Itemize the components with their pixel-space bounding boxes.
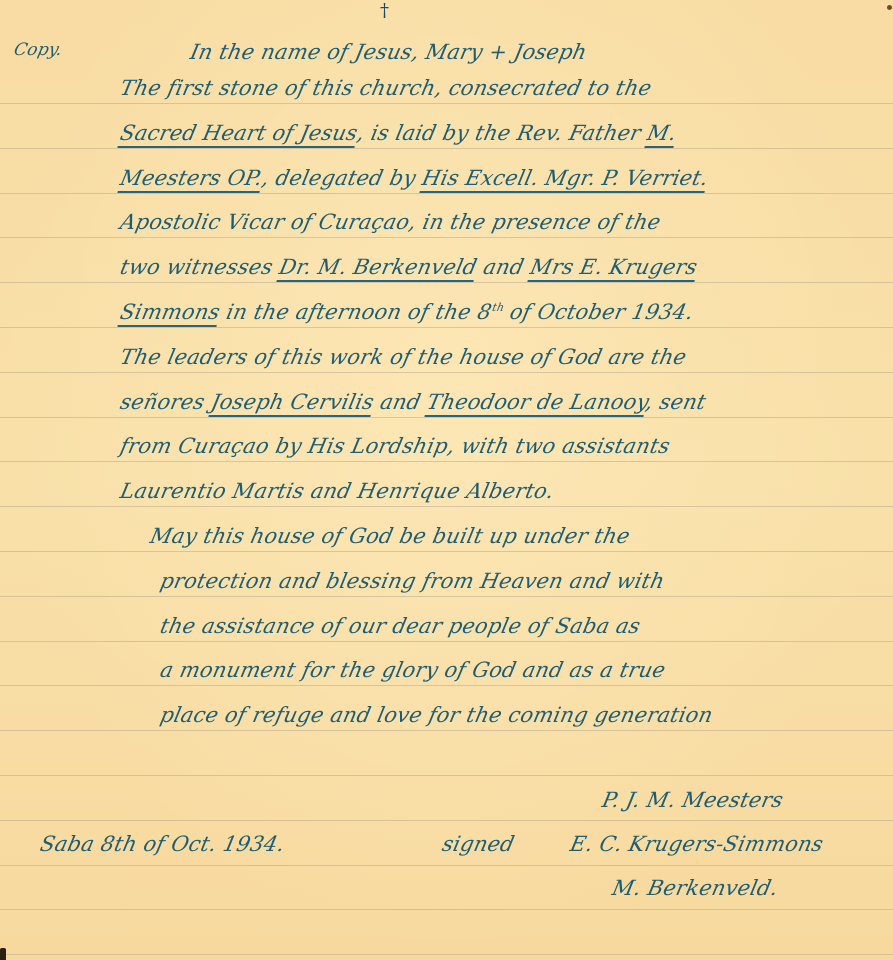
handwritten-letter-page: † Copy. In the name of Jesus, Mary + Jos… bbox=[0, 0, 893, 960]
ruled-line bbox=[0, 909, 893, 910]
letter-line: Apostolic Vicar of Curaçao, in the prese… bbox=[118, 210, 663, 234]
paper-spot bbox=[887, 5, 892, 10]
ruled-line bbox=[0, 103, 893, 104]
underlined-name: Mrs E. Krugers bbox=[527, 255, 699, 282]
underlined-name: Dr. M. Berkenveld bbox=[276, 255, 479, 282]
letter-line: Simmons in the afternoon of the 8th of O… bbox=[118, 300, 696, 324]
text-run: , delegated by bbox=[260, 166, 425, 190]
letter-line: May this house of God be built up under … bbox=[148, 524, 632, 548]
signed-label: signed bbox=[440, 832, 517, 856]
text-run: and bbox=[474, 255, 533, 279]
letter-line: The first stone of this church, consecra… bbox=[118, 76, 654, 100]
ruled-line bbox=[0, 954, 893, 955]
text-run: the assistance of our dear people of Sab… bbox=[158, 614, 643, 638]
text-run: protection and blessing from Heaven and … bbox=[158, 569, 667, 593]
letter-line: place of refuge and love for the coming … bbox=[158, 703, 715, 727]
ruled-line bbox=[0, 865, 893, 866]
text-run: two witnesses bbox=[118, 255, 282, 279]
letter-line: two witnesses Dr. M. Berkenveld and Mrs … bbox=[118, 255, 700, 279]
underlined-name: Meesters OP. bbox=[117, 166, 264, 193]
ruled-line bbox=[0, 596, 893, 597]
text-run: in the afternoon of the 8 bbox=[217, 300, 494, 324]
text-run: a monument for the glory of God and as a… bbox=[158, 658, 668, 682]
paper-edge-mark bbox=[0, 948, 6, 960]
underlined-name: Sacred Heart of Jesus bbox=[117, 121, 360, 148]
ruled-line bbox=[0, 506, 893, 507]
text-run: The leaders of this work of the house of… bbox=[118, 345, 689, 369]
ruled-line bbox=[0, 820, 893, 821]
ruled-line bbox=[0, 641, 893, 642]
signature-berkenveld: M. Berkenveld. bbox=[610, 876, 780, 900]
signature-meesters: P. J. M. Meesters bbox=[600, 788, 786, 812]
underlined-name: His Excell. Mgr. P. Verriet. bbox=[419, 166, 710, 193]
letter-line: señores Joseph Cervilis and Theodoor de … bbox=[118, 390, 708, 414]
text-run: May this house of God be built up under … bbox=[148, 524, 632, 548]
text-run: , is laid by the Rev. Father bbox=[355, 121, 650, 145]
underlined-name: Joseph Cervilis bbox=[208, 390, 376, 417]
ruled-line bbox=[0, 282, 893, 283]
place-date: Saba 8th of Oct. 1934. bbox=[38, 832, 287, 856]
ruled-line bbox=[0, 461, 893, 462]
ruled-line bbox=[0, 372, 893, 373]
letter-line: protection and blessing from Heaven and … bbox=[158, 569, 667, 593]
ruled-line bbox=[0, 193, 893, 194]
cross-mark: † bbox=[380, 0, 389, 21]
letter-line: from Curaçao by His Lordship, with two a… bbox=[118, 434, 672, 458]
text-run: señores bbox=[118, 390, 214, 414]
letter-line: Laurentio Martis and Henrique Alberto. bbox=[118, 479, 556, 503]
text-run: Apostolic Vicar of Curaçao, in the prese… bbox=[118, 210, 663, 234]
letter-line: Sacred Heart of Jesus, is laid by the Re… bbox=[118, 121, 679, 145]
ruled-line bbox=[0, 327, 893, 328]
text-run: from Curaçao by His Lordship, with two a… bbox=[118, 434, 672, 458]
ruled-line bbox=[0, 237, 893, 238]
letter-line: a monument for the glory of God and as a… bbox=[158, 658, 668, 682]
letter-line: Meesters OP., delegated by His Excell. M… bbox=[118, 166, 711, 190]
ruled-line bbox=[0, 775, 893, 776]
text-run: and bbox=[371, 390, 430, 414]
signature-krugers-simmons: E. C. Krugers-Simmons bbox=[568, 832, 826, 856]
invocation-heading: In the name of Jesus, Mary + Joseph bbox=[188, 40, 589, 64]
underlined-name: Theodoor de Lanooy bbox=[424, 390, 648, 417]
text-run: of October 1934. bbox=[501, 300, 696, 324]
text-run: place of refuge and love for the coming … bbox=[158, 703, 715, 727]
underlined-name: M. bbox=[644, 121, 678, 148]
text-run: , sent bbox=[644, 390, 709, 414]
margin-note-copy: Copy. bbox=[12, 40, 64, 60]
text-run: The first stone of this church, consecra… bbox=[118, 76, 654, 100]
ruled-line bbox=[0, 730, 893, 731]
ruled-line bbox=[0, 685, 893, 686]
text-run: Laurentio Martis and Henrique Alberto. bbox=[118, 479, 556, 503]
ruled-line bbox=[0, 551, 893, 552]
letter-line: The leaders of this work of the house of… bbox=[118, 345, 689, 369]
letter-line: the assistance of our dear people of Sab… bbox=[158, 614, 643, 638]
ruled-line bbox=[0, 417, 893, 418]
ruled-line bbox=[0, 148, 893, 149]
underlined-name: Simmons bbox=[117, 300, 222, 327]
